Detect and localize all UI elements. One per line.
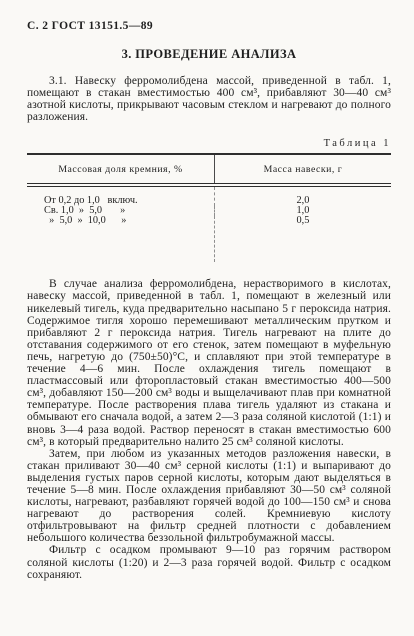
cell-silicon-range: От 0,2 до 1,0 включ. [27, 185, 214, 206]
paragraph-filter-washing: Фильтр с осадком промывают 9—10 раз горя… [27, 544, 391, 580]
page-header: С. 2 ГОСТ 13151.5—89 [27, 20, 391, 32]
table-row: » 5,0 » 10,0 » 0,5 [27, 216, 391, 262]
cell-sample-mass: 0,5 [214, 216, 391, 262]
table-header-row: Массовая доля кремния, % Масса навески, … [27, 154, 391, 185]
column-header-silicon-fraction: Массовая доля кремния, % [27, 154, 214, 185]
cell-silicon-range: » 5,0 » 10,0 » [27, 216, 214, 262]
paragraph-evaporation: Затем, при любом из указанных методов ра… [27, 448, 391, 545]
paragraph-fusion-method: В случае анализа ферромолибдена, нераств… [27, 278, 391, 447]
table-caption: Таблица 1 [27, 138, 391, 149]
cell-sample-mass: 2,0 [214, 185, 391, 206]
document-page: С. 2 ГОСТ 13151.5—89 3. ПРОВЕДЕНИЕ АНАЛИ… [0, 0, 414, 636]
sample-mass-table: Массовая доля кремния, % Масса навески, … [27, 153, 391, 262]
paragraph-3-1: 3.1. Навеску ферромолибдена массой, прив… [27, 75, 391, 123]
section-title: 3. ПРОВЕДЕНИЕ АНАЛИЗА [27, 47, 391, 62]
column-header-sample-mass: Масса навески, г [214, 154, 391, 185]
body-text-block: В случае анализа ферромолибдена, нераств… [27, 278, 391, 580]
table-row: От 0,2 до 1,0 включ. 2,0 [27, 185, 391, 206]
